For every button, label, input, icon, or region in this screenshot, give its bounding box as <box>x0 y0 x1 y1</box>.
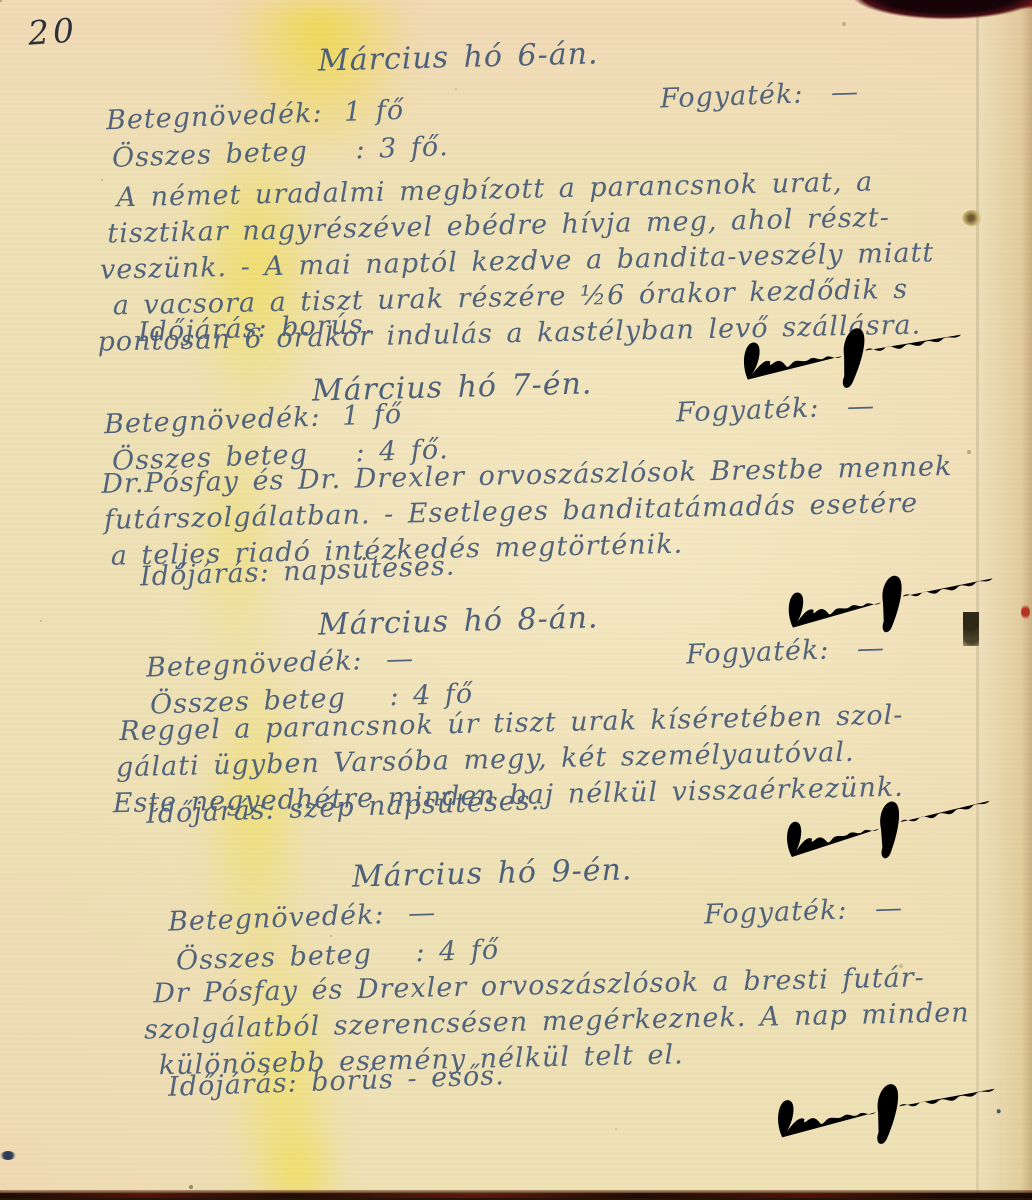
total-sick-value: : 3 fő. <box>355 131 449 165</box>
entry-1-sick-increase-line: Betegnövedék: 1 fő <box>106 95 405 136</box>
total-sick-label: Összes beteg <box>176 939 373 977</box>
paper-hole-stain <box>962 210 982 226</box>
sick-increase-label: Betegnövedék: <box>146 645 363 684</box>
red-edge-mark <box>1021 604 1030 620</box>
casualty-value: — <box>856 633 885 665</box>
sick-increase-label: Betegnövedék: <box>106 98 323 137</box>
entry-4-date-heading: Március hó 9-én. <box>352 852 633 894</box>
entry-1-total-sick-line: Összes beteg : 3 fő. <box>112 131 450 174</box>
casualty-label: Fogyaték: <box>686 634 830 670</box>
casualty-label: Fogyaték: <box>676 392 820 428</box>
casualty-value: — <box>846 391 875 423</box>
page-number: 20 <box>27 10 80 52</box>
book-cover-corner <box>812 0 1032 44</box>
sick-increase-value: — <box>408 897 437 929</box>
sick-increase-value: 1 fő <box>344 95 405 128</box>
casualty-label: Fogyaték: <box>660 78 804 114</box>
entry-2-body: Dr.Pósfay és Dr. Drexler orvoszászlósok … <box>99 449 954 575</box>
blue-edge-mark <box>0 1151 16 1160</box>
entry-2-casualty-line: Fogyaték: — <box>676 391 876 429</box>
total-sick-value: : 4 fő <box>415 934 500 968</box>
entry-3-date-heading: Március hó 8-án. <box>318 600 599 642</box>
entry-1-casualty-line: Fogyaték: — <box>660 77 860 115</box>
sick-increase-label: Betegnövedék: <box>168 899 385 938</box>
sick-increase-label: Betegnövedék: <box>104 402 321 441</box>
entry-3-sick-increase-line: Betegnövedék: — <box>146 643 415 683</box>
entry-4-body: Dr Pósfay és Drexler orvoszászlósok a br… <box>139 959 971 1084</box>
total-sick-label: Összes beteg <box>112 136 309 174</box>
entry-4-casualty-line: Fogyaték: — <box>704 893 904 931</box>
signature-scrawl <box>757 1063 1014 1163</box>
book-page-edges-bottom <box>0 1190 1032 1200</box>
entry-1-date-heading: Március hó 6-án. <box>318 36 599 78</box>
casualty-value: — <box>874 893 903 925</box>
sick-increase-value: 1 fő <box>342 399 403 432</box>
entry-2-sick-increase-line: Betegnövedék: 1 fő <box>104 399 403 440</box>
diary-page-scan: 20 Március hó 6-án. Fogyaték: — Betegnöv… <box>0 0 1032 1200</box>
paper-specks <box>0 0 2 2</box>
sick-increase-value: — <box>386 643 415 675</box>
casualty-value: — <box>830 77 859 109</box>
entry-4-sick-increase-line: Betegnövedék: — <box>168 897 437 937</box>
entry-3-casualty-line: Fogyaték: — <box>686 633 886 671</box>
casualty-label: Fogyaték: <box>704 894 848 930</box>
